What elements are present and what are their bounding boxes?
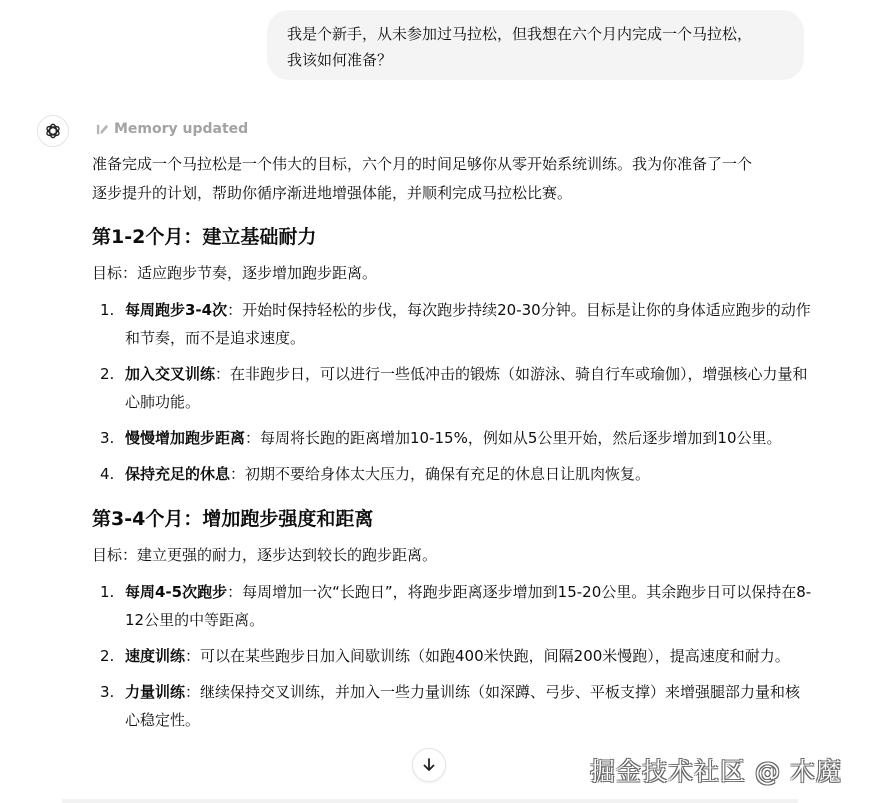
memory-updated-indicator[interactable]: Memory updated bbox=[96, 121, 248, 137]
item-title: 速度训练 bbox=[125, 647, 185, 665]
list-number: 3. bbox=[100, 678, 114, 706]
list-item: 3.慢慢增加跑步距离：每周将长跑的距离增加10-15%，例如从5公里开始，然后逐… bbox=[92, 424, 812, 452]
item-text: ：每周将长跑的距离增加10-15%，例如从5公里开始，然后逐步增加到10公里。 bbox=[245, 429, 781, 447]
intro-line: 准备完成一个马拉松是一个伟大的目标，六个月的时间足够你从零开始系统训练。我为你准… bbox=[92, 155, 752, 173]
section-goal: 目标：建立更强的耐力，逐步达到较长的跑步距离。 bbox=[92, 542, 812, 568]
scroll-to-bottom-button[interactable] bbox=[412, 748, 446, 782]
item-title: 慢慢增加跑步距离 bbox=[125, 429, 245, 447]
memory-updated-label: Memory updated bbox=[114, 121, 248, 137]
item-text: ：开始时保持轻松的步伐，每次跑步持续20-30分钟。目标是让你的身体适应跑步的动… bbox=[125, 301, 811, 347]
list-item: 2.速度训练：可以在某些跑步日加入间歇训练（如跑400米快跑，间隔200米慢跑）… bbox=[92, 642, 812, 670]
user-message-line: 我该如何准备？ bbox=[287, 47, 784, 73]
user-message-line: 我是个新手，从未参加过马拉松，但我想在六个月内完成一个马拉松， bbox=[287, 21, 784, 47]
item-title: 加入交叉训练 bbox=[125, 365, 215, 383]
arrow-down-icon bbox=[421, 757, 437, 773]
assistant-response: 准备完成一个马拉松是一个伟大的目标，六个月的时间足够你从零开始系统训练。我为你准… bbox=[92, 150, 812, 742]
user-message-bubble: 我是个新手，从未参加过马拉松，但我想在六个月内完成一个马拉松， 我该如何准备？ bbox=[267, 10, 804, 80]
item-text: ：初期不要给身体太大压力，确保有充足的休息日让肌肉恢复。 bbox=[230, 465, 650, 483]
assistant-avatar bbox=[37, 115, 69, 147]
list-number: 3. bbox=[100, 424, 114, 452]
item-text: ：可以在某些跑步日加入间歇训练（如跑400米快跑，间隔200米慢跑），提高速度和… bbox=[185, 647, 790, 665]
list-number: 1. bbox=[100, 296, 114, 324]
list-item: 1.每周4-5次跑步：每周增加一次“长跑日”，将跑步距离逐步增加到15-20公里… bbox=[92, 578, 812, 634]
memory-edit-icon bbox=[96, 123, 109, 136]
item-text: ：继续保持交叉训练，并加入一些力量训练（如深蹲、弓步、平板支撑）来增强腿部力量和… bbox=[125, 683, 800, 729]
item-text: ：每周增加一次“长跑日”，将跑步距离逐步增加到15-20公里。其余跑步日可以保持… bbox=[125, 583, 811, 629]
intro-paragraph: 准备完成一个马拉松是一个伟大的目标，六个月的时间足够你从零开始系统训练。我为你准… bbox=[92, 150, 812, 208]
list-item: 4.保持充足的休息：初期不要给身体太大压力，确保有充足的休息日让肌肉恢复。 bbox=[92, 460, 812, 488]
item-title: 保持充足的休息 bbox=[125, 465, 230, 483]
list-item: 1.每周跑步3-4次：开始时保持轻松的步伐，每次跑步持续20-30分钟。目标是让… bbox=[92, 296, 812, 352]
openai-logo-icon bbox=[43, 121, 63, 141]
item-title: 力量训练 bbox=[125, 683, 185, 701]
item-text: ：在非跑步日，可以进行一些低冲击的锻炼（如游泳、骑自行车或瑜伽），增强核心力量和… bbox=[125, 365, 808, 411]
section-list: 1.每周4-5次跑步：每周增加一次“长跑日”，将跑步距离逐步增加到15-20公里… bbox=[92, 578, 812, 734]
section-heading: 第1-2个月：建立基础耐力 bbox=[92, 222, 812, 252]
item-title: 每周跑步3-4次 bbox=[125, 301, 227, 319]
watermark: 掘金技术社区 @ 木魔 bbox=[590, 752, 842, 788]
item-title: 每周4-5次跑步 bbox=[125, 583, 227, 601]
list-number: 2. bbox=[100, 642, 114, 670]
section-list: 1.每周跑步3-4次：开始时保持轻松的步伐，每次跑步持续20-30分钟。目标是让… bbox=[92, 296, 812, 488]
list-number: 1. bbox=[100, 578, 114, 606]
intro-line: 逐步提升的计划，帮助你循序渐进地增强体能，并顺利完成马拉松比赛。 bbox=[92, 184, 572, 202]
section-goal: 目标：适应跑步节奏，逐步增加跑步距离。 bbox=[92, 260, 812, 286]
list-number: 2. bbox=[100, 360, 114, 388]
composer-top-edge bbox=[62, 799, 798, 803]
list-item: 2.加入交叉训练：在非跑步日，可以进行一些低冲击的锻炼（如游泳、骑自行车或瑜伽）… bbox=[92, 360, 812, 416]
list-number: 4. bbox=[100, 460, 114, 488]
section-heading: 第3-4个月：增加跑步强度和距离 bbox=[92, 504, 812, 534]
list-item: 3.力量训练：继续保持交叉训练，并加入一些力量训练（如深蹲、弓步、平板支撑）来增… bbox=[92, 678, 812, 734]
